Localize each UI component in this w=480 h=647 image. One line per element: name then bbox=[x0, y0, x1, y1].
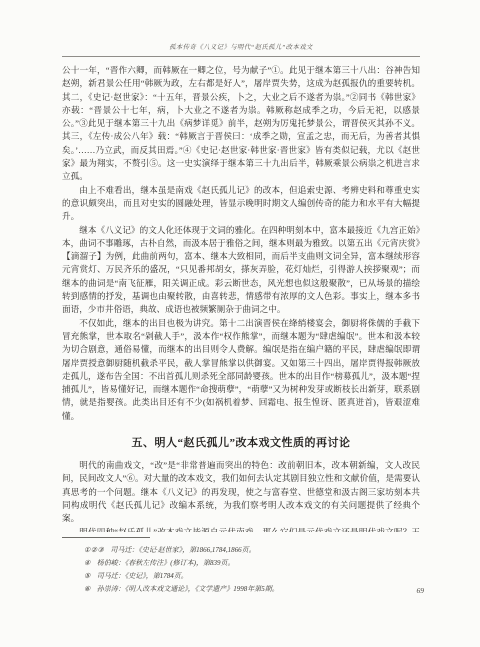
body-paragraph: 公十一年，“晋作六卿，而韩厥在一卿之位，号为献子”①。此见于继本第三十八出：谷神… bbox=[62, 64, 420, 184]
footnote-marker: ①②③ bbox=[84, 546, 104, 554]
footnote-text: 司马迁：《史记》，第1784页。 bbox=[97, 572, 188, 580]
footnote-divider bbox=[62, 537, 150, 538]
body-paragraph: 明代的南曲戏文，“改”是“非常普遍而突出的特色：改前朝旧本，改本朝新编，文人改民… bbox=[62, 459, 420, 525]
body-paragraph: 继本《八义记》的文人化还体现于文词的雅化。在四种明刻本中，富本最接近《九宫正始》… bbox=[62, 224, 420, 317]
body-paragraph: 明代四种“赵氏孤儿”改本戏文皆源自元代南戏，那么它们是元代戏文还是明代戏文呢？王… bbox=[62, 526, 420, 533]
footnote-text: 司马迁：《史记·赵世家》，第1866,1784,1866页。 bbox=[110, 546, 255, 554]
body-paragraph: 不仅如此，继本的出目也极为讲究。第十二出演晋侯在绛绡楼宴会，御厨将侏儒的手截下冒… bbox=[62, 317, 420, 423]
footnote-marker: ⑥ bbox=[84, 585, 91, 593]
footnote-marker: ⑤ bbox=[84, 572, 91, 580]
page-number: 69 bbox=[417, 586, 425, 595]
page-body: 公十一年，“晋作六卿，而韩厥在一卿之位，号为献子”①。此见于继本第三十八出：谷神… bbox=[62, 64, 420, 532]
footnote-item: ①②③司马迁：《史记·赵世家》，第1866,1784,1866页。 bbox=[84, 544, 420, 557]
section-heading: 五、明人“赵氏孤儿”改本戏文性质的再讨论 bbox=[62, 434, 420, 450]
footnote-text: 孙崇涛：《明人改本戏文通论》，《文学遗产》1998年第5期。 bbox=[97, 585, 279, 593]
body-paragraph: 由上不难看出，继本虽是南戏《赵氏孤儿记》的改本，但追索史源、考辨史料和尊重史实的… bbox=[62, 184, 420, 224]
header-divider bbox=[62, 56, 420, 57]
document-page: 孤本传奇《八义记》与明代“赵氏孤儿”改本戏文 公十一年，“晋作六卿，而韩厥在一卿… bbox=[0, 0, 480, 647]
footnotes: ①②③司马迁：《史记·赵世家》，第1866,1784,1866页。 ④杨伯峻：《… bbox=[84, 544, 420, 596]
footnote-marker: ④ bbox=[84, 559, 91, 567]
footnote-item: ⑥孙崇涛：《明人改本戏文通论》，《文学遗产》1998年第5期。 bbox=[84, 583, 420, 596]
running-head: 孤本传奇《八义记》与明代“赵氏孤儿”改本戏文 bbox=[62, 42, 420, 51]
footnote-item: ④杨伯峻：《春秋左传注》(修订本)，第839页。 bbox=[84, 557, 420, 570]
footnote-text: 杨伯峻：《春秋左传注》(修订本)，第839页。 bbox=[97, 559, 235, 567]
footnote-item: ⑤司马迁：《史记》，第1784页。 bbox=[84, 570, 420, 583]
